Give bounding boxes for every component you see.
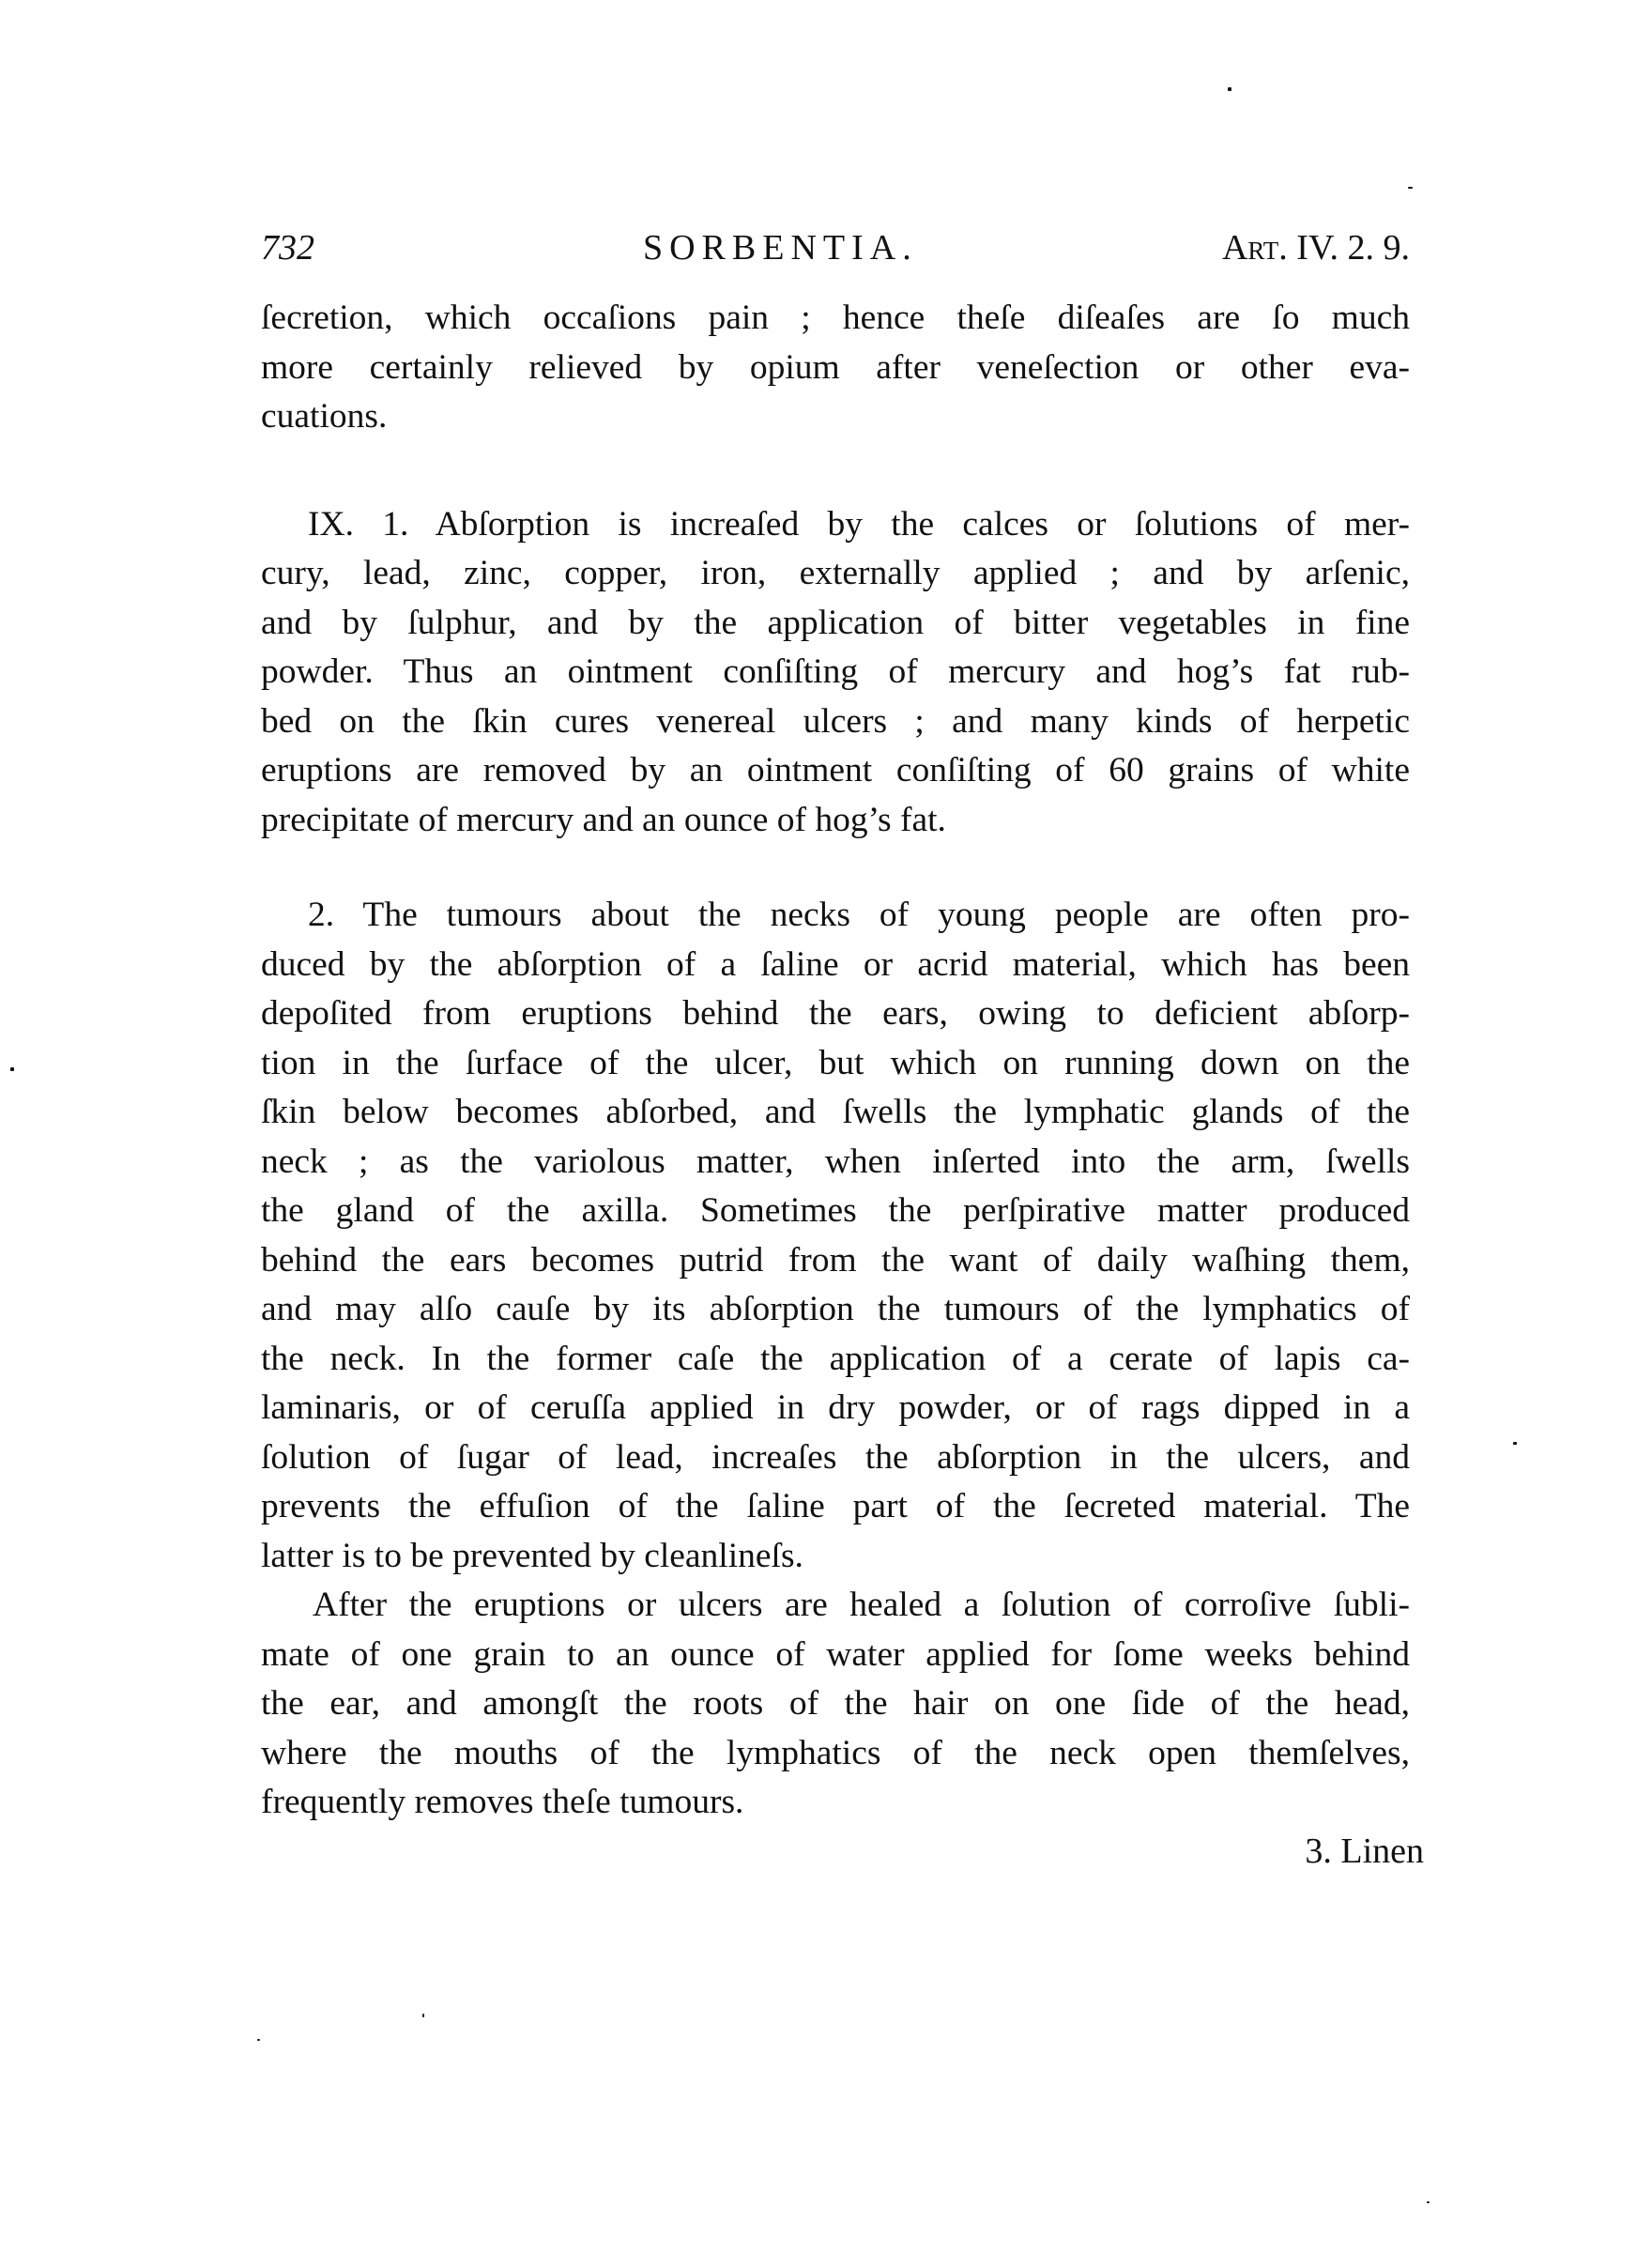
paragraph-section-ix-2: 2. The tumours about the necks of young … (261, 891, 1410, 1581)
text-line: and may alſo cauſe by its abſorption the… (261, 1285, 1410, 1335)
text-line: powder. Thus an ointment conſiſting of m… (261, 648, 1410, 697)
scan-speck (1228, 87, 1231, 91)
text-line: the neck. In the former caſe the applica… (261, 1335, 1410, 1385)
body-text: ſecretion, which occaſions pain ; hence … (261, 294, 1410, 1828)
running-title: SORBENTIA. (643, 223, 918, 272)
text-line: ſolution of ſugar of lead, increaſes the… (261, 1433, 1410, 1483)
book-page: 732 SORBENTIA. Art. IV. 2. 9. ſecretion,… (0, 0, 1652, 2253)
text-line: 2. The tumours about the necks of young … (261, 891, 1410, 941)
text-line: more certainly relieved by opium after v… (261, 344, 1410, 393)
paragraph-section-ix-1: IX. 1. Abſorption is increaſed by the ca… (261, 500, 1410, 846)
paragraph-after-eruptions: After the eruptions or ulcers are healed… (261, 1581, 1410, 1828)
scan-speck (1513, 1442, 1517, 1445)
text-line: precipitate of mercury and an ounce of h… (261, 796, 1410, 846)
page-number: 732 (261, 223, 314, 272)
text-line: duced by the abſorption of a ſaline or a… (261, 941, 1410, 990)
scan-speck (422, 2014, 424, 2017)
running-head: 732 SORBENTIA. Art. IV. 2. 9. (261, 223, 1410, 272)
text-line: behind the ears becomes putrid from the … (261, 1236, 1410, 1286)
scan-speck (1408, 187, 1413, 189)
text-line: latter is to be prevented by cleanlineſs… (261, 1532, 1410, 1582)
text-line: eruptions are removed by an ointment con… (261, 746, 1410, 796)
text-line: neck ; as the variolous matter, when inſ… (261, 1138, 1410, 1188)
text-line: cuations. (261, 392, 1410, 442)
scan-speck (1427, 2201, 1430, 2203)
scan-speck (257, 2039, 260, 2041)
article-reference: Art. IV. 2. 9. (1222, 223, 1410, 272)
text-line: where the mouths of the lymphatics of th… (261, 1729, 1410, 1779)
text-line: cury, lead, zinc, copper, iron, external… (261, 549, 1410, 599)
text-line: depoſited from eruptions behind the ears… (261, 989, 1410, 1039)
text-line: frequently removes theſe tumours. (261, 1778, 1410, 1828)
text-line: tion in the ſurface of the ulcer, but wh… (261, 1039, 1410, 1089)
catchword: 3. Linen (1305, 1827, 1424, 1876)
text-line: and by ſulphur, and by the application o… (261, 599, 1410, 649)
text-line: ſkin below becomes abſorbed, and ſwells … (261, 1088, 1410, 1138)
text-line: ſecretion, which occaſions pain ; hence … (261, 294, 1410, 344)
paragraph-continuation: ſecretion, which occaſions pain ; hence … (261, 294, 1410, 442)
text-line: After the eruptions or ulcers are healed… (261, 1581, 1410, 1631)
text-line: IX. 1. Abſorption is increaſed by the ca… (261, 500, 1410, 550)
text-line: laminaris, or of ceruſſa applied in dry … (261, 1384, 1410, 1433)
scan-speck (10, 1067, 14, 1071)
text-line: bed on the ſkin cures venereal ulcers ; … (261, 697, 1410, 747)
text-line: prevents the effuſion of the ſaline part… (261, 1482, 1410, 1532)
text-line: the gland of the axilla. Sometimes the p… (261, 1187, 1410, 1236)
text-line: the ear, and amongſt the roots of the ha… (261, 1679, 1410, 1729)
text-line: mate of one grain to an ounce of water a… (261, 1631, 1410, 1680)
